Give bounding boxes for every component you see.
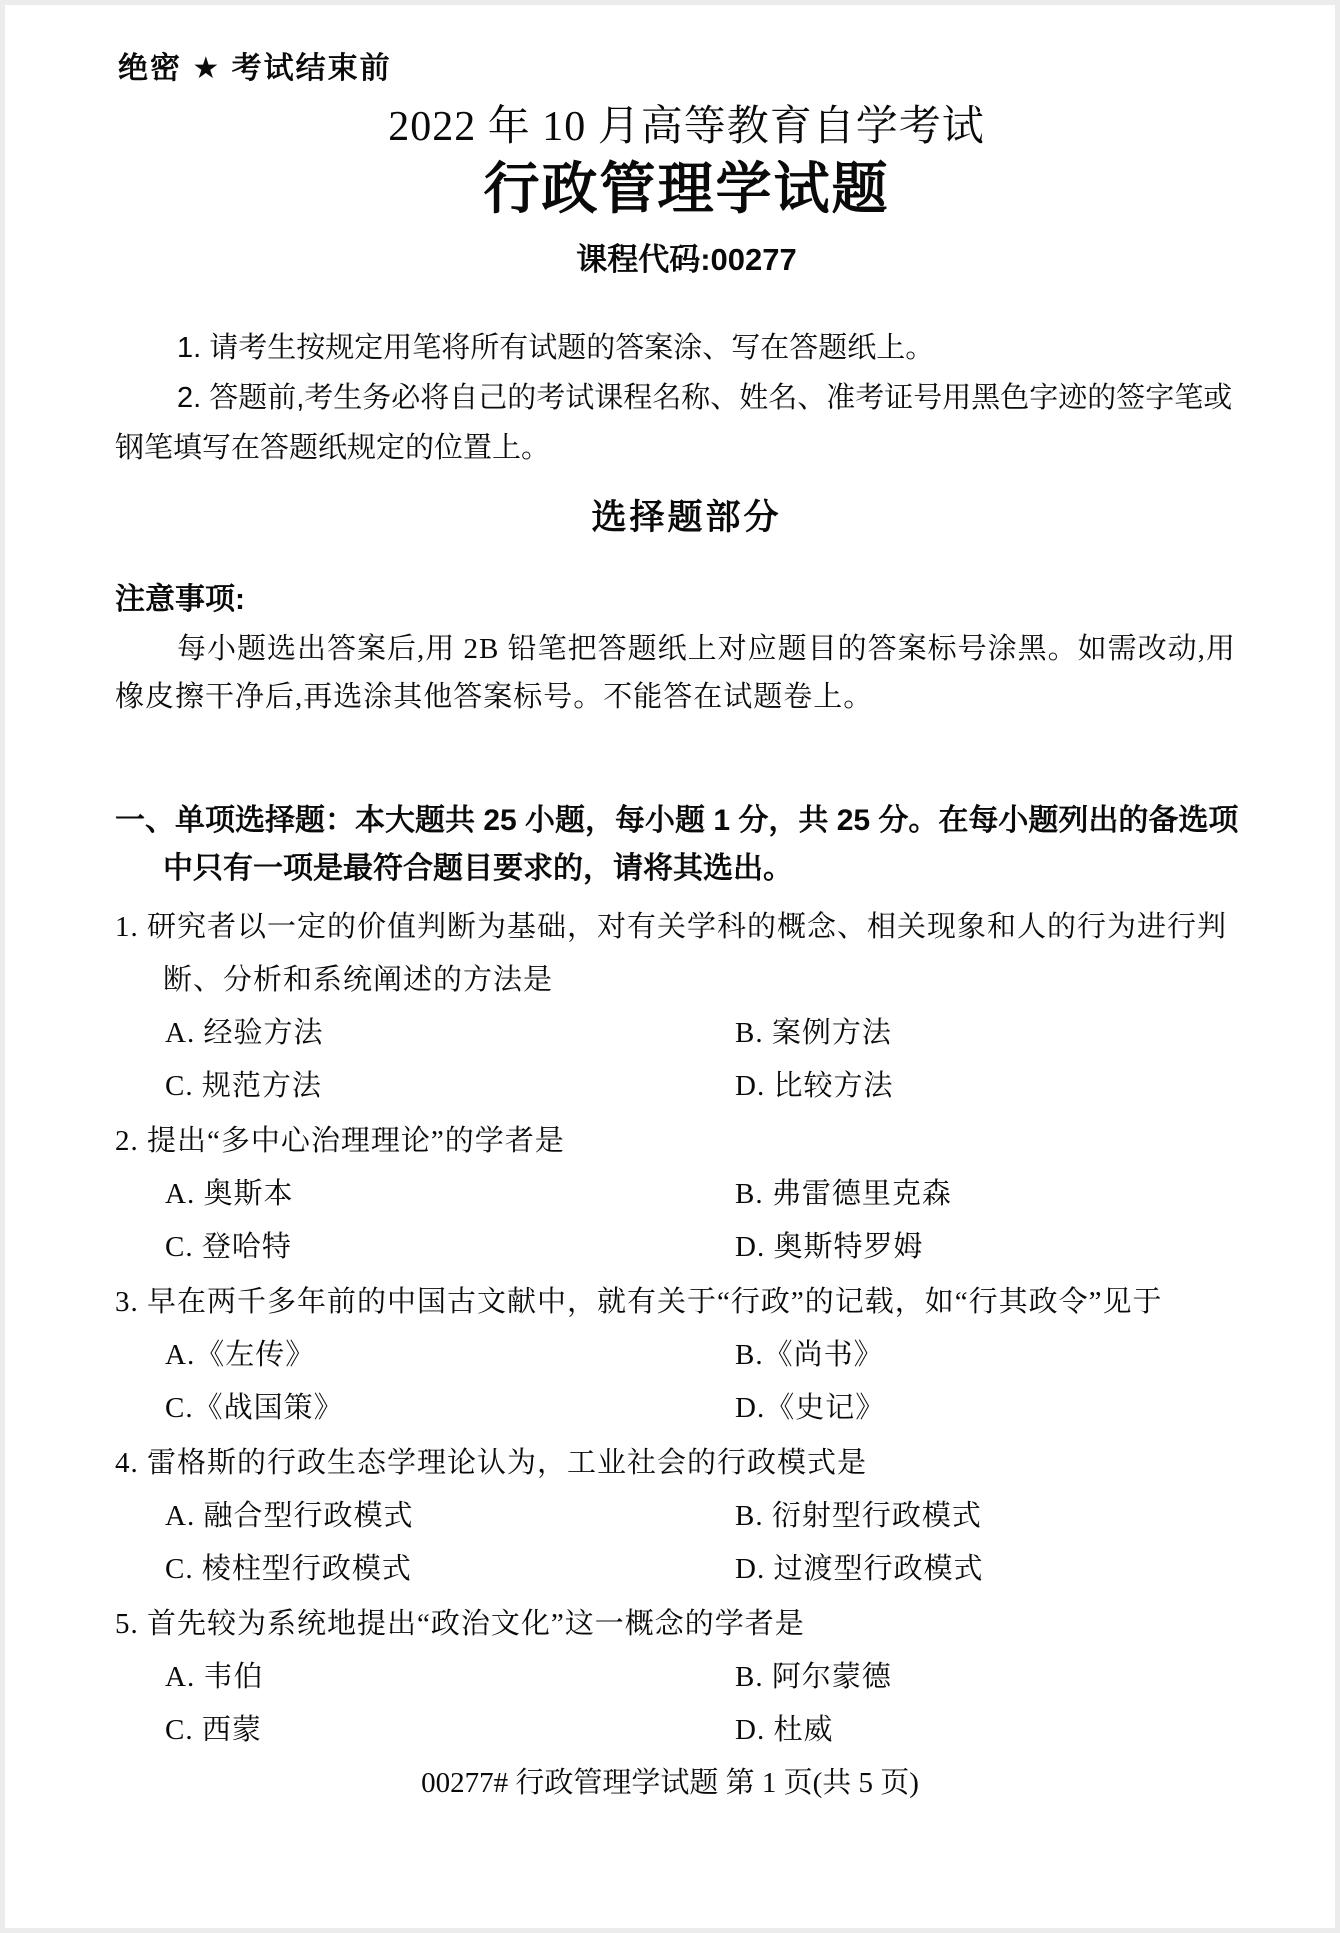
instruction-item-1: 1. 请考生按规定用笔将所有试题的答案涂、写在答题纸上。 — [115, 323, 1258, 373]
part-title: 选择题部分 — [115, 500, 1258, 535]
option-c: C. 规范方法 — [165, 1060, 735, 1113]
option-d: D.《史记》 — [735, 1382, 1258, 1435]
option-a: A. 经验方法 — [165, 1007, 735, 1060]
question-stem: 1. 研究者以一定的价值判断为基础，对有关学科的概念、相关现象和人的行为进行判断… — [115, 901, 1258, 1007]
option-d: D. 过渡型行政模式 — [735, 1543, 1258, 1596]
question-1: 1. 研究者以一定的价值判断为基础，对有关学科的概念、相关现象和人的行为进行判断… — [115, 901, 1258, 1113]
section-heading: 一、单项选择题：本大题共 25 小题，每小题 1 分，共 25 分。在每小题列出… — [115, 797, 1258, 893]
option-b: B.《尚书》 — [735, 1329, 1258, 1382]
option-a: A. 奥斯本 — [165, 1168, 735, 1221]
question-number: 1. — [115, 911, 147, 943]
option-a: A. 韦伯 — [165, 1651, 735, 1704]
question-options: A. 融合型行政模式 B. 衍射型行政模式 C. 棱柱型行政模式 D. 过渡型行… — [115, 1490, 1258, 1596]
option-b: B. 衍射型行政模式 — [735, 1490, 1258, 1543]
question-stem: 4. 雷格斯的行政生态学理论认为，工业社会的行政模式是 — [115, 1437, 1258, 1490]
question-list: 1. 研究者以一定的价值判断为基础，对有关学科的概念、相关现象和人的行为进行判断… — [115, 901, 1258, 1757]
question-2: 2. 提出“多中心治理理论”的学者是 A. 奥斯本 B. 弗雷德里克森 C. 登… — [115, 1115, 1258, 1274]
question-number: 2. — [115, 1125, 147, 1157]
instruction-item-2: 2. 答题前,考生务必将自己的考试课程名称、姓名、准考证号用黑色字迹的签字笔或钢… — [115, 373, 1258, 473]
question-3: 3. 早在两千多年前的中国古文献中，就有关于“行政”的记载，如“行其政令”见于 … — [115, 1276, 1258, 1435]
option-a: A.《左传》 — [165, 1329, 735, 1382]
question-number: 5. — [115, 1608, 147, 1640]
question-stem: 5. 首先较为系统地提出“政治文化”这一概念的学者是 — [115, 1598, 1258, 1651]
course-code: 课程代码:00277 — [115, 244, 1258, 275]
option-c: C. 棱柱型行政模式 — [165, 1543, 735, 1596]
option-d: D. 杜威 — [735, 1704, 1258, 1757]
question-4: 4. 雷格斯的行政生态学理论认为，工业社会的行政模式是 A. 融合型行政模式 B… — [115, 1437, 1258, 1596]
question-number: 4. — [115, 1447, 147, 1479]
question-options: A. 经验方法 B. 案例方法 C. 规范方法 D. 比较方法 — [115, 1007, 1258, 1113]
exam-session-title: 2022 年 10 月高等教育自学考试 — [115, 104, 1258, 150]
option-a: A. 融合型行政模式 — [165, 1490, 735, 1543]
question-options: A. 韦伯 B. 阿尔蒙德 C. 西蒙 D. 杜威 — [115, 1651, 1258, 1757]
question-text: 提出“多中心治理理论”的学者是 — [147, 1125, 565, 1157]
exam-paper-page: 绝密 ★ 考试结束前 2022 年 10 月高等教育自学考试 行政管理学试题 课… — [0, 0, 1340, 1933]
question-number: 3. — [115, 1286, 147, 1318]
question-options: A. 奥斯本 B. 弗雷德里克森 C. 登哈特 D. 奥斯特罗姆 — [115, 1168, 1258, 1274]
question-text: 首先较为系统地提出“政治文化”这一概念的学者是 — [147, 1608, 805, 1640]
option-d: D. 比较方法 — [735, 1060, 1258, 1113]
question-text: 早在两千多年前的中国古文献中，就有关于“行政”的记载，如“行其政令”见于 — [147, 1286, 1163, 1318]
option-c: C. 登哈特 — [165, 1221, 735, 1274]
exam-subject-title: 行政管理学试题 — [115, 162, 1258, 218]
notice-heading: 注意事项: — [115, 585, 1258, 615]
question-5: 5. 首先较为系统地提出“政治文化”这一概念的学者是 A. 韦伯 B. 阿尔蒙德… — [115, 1598, 1258, 1757]
question-stem: 3. 早在两千多年前的中国古文献中，就有关于“行政”的记载，如“行其政令”见于 — [115, 1276, 1258, 1329]
page-footer: 00277# 行政管理学试题 第 1 页(共 5 页) — [5, 1766, 1335, 1800]
option-b: B. 案例方法 — [735, 1007, 1258, 1060]
general-instructions: 1. 请考生按规定用笔将所有试题的答案涂、写在答题纸上。 2. 答题前,考生务必… — [115, 323, 1258, 473]
question-options: A.《左传》 B.《尚书》 C.《战国策》 D.《史记》 — [115, 1329, 1258, 1435]
notice-body: 每小题选出答案后,用 2B 铅笔把答题纸上对应题目的答案标号涂黑。如需改动,用橡… — [115, 625, 1258, 721]
option-b: B. 阿尔蒙德 — [735, 1651, 1258, 1704]
option-c: C. 西蒙 — [165, 1704, 735, 1757]
content-column: 绝密 ★ 考试结束前 2022 年 10 月高等教育自学考试 行政管理学试题 课… — [115, 54, 1258, 1757]
question-text: 雷格斯的行政生态学理论认为，工业社会的行政模式是 — [147, 1447, 867, 1479]
question-text: 研究者以一定的价值判断为基础，对有关学科的概念、相关现象和人的行为进行判断、分析… — [147, 911, 1227, 996]
option-b: B. 弗雷德里克森 — [735, 1168, 1258, 1221]
option-c: C.《战国策》 — [165, 1382, 735, 1435]
option-d: D. 奥斯特罗姆 — [735, 1221, 1258, 1274]
question-stem: 2. 提出“多中心治理理论”的学者是 — [115, 1115, 1258, 1168]
classification-banner: 绝密 ★ 考试结束前 — [118, 54, 1258, 84]
